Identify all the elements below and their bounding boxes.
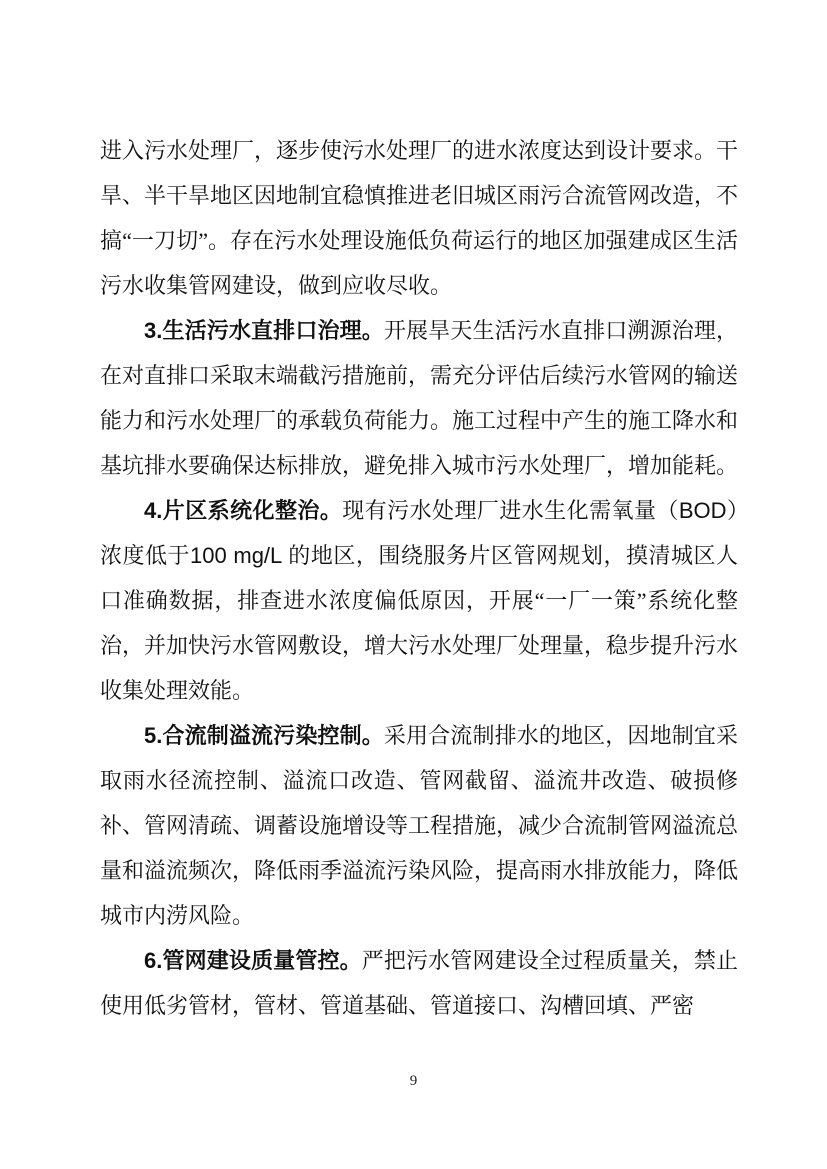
paragraph: 4.片区系统化整治。现有污水处理厂进水生化需氧量（BOD）浓度低于100 mg/… [100, 488, 738, 713]
paragraph-text: 现有污水处理厂进水生化需氧量（ [342, 498, 679, 523]
document-page: 进入污水处理厂，逐步使污水处理厂的进水浓度达到设计要求。干旱、半干旱地区因地制宜… [0, 0, 827, 1169]
paragraph-text: BOD [679, 498, 727, 523]
paragraph: 3.生活污水直排口治理。开展旱天生活污水直排口溯源治理，在对直排口采取末端截污措… [100, 308, 738, 488]
paragraph-heading: 4.片区系统化整治。 [144, 498, 342, 523]
paragraph-heading: 5.合流制溢流污染控制。 [144, 723, 384, 748]
paragraph-text: 100 mg/L [190, 543, 282, 568]
paragraph-text: 进入污水处理厂，逐步使污水处理厂的进水浓度达到设计要求。干旱、半干旱地区因地制宜… [100, 138, 738, 298]
document-body: 进入污水处理厂，逐步使污水处理厂的进水浓度达到设计要求。干旱、半干旱地区因地制宜… [100, 128, 738, 1028]
paragraph: 5.合流制溢流污染控制。采用合流制排水的地区，因地制宜采取雨水径流控制、溢流口改… [100, 713, 738, 938]
paragraph-text: 采用合流制排水的地区，因地制宜采取雨水径流控制、溢流口改造、管网截留、溢流井改造… [100, 723, 738, 928]
paragraph: 6.管网建设质量管控。严把污水管网建设全过程质量关，禁止使用低劣管材，管材、管道… [100, 938, 738, 1028]
page-footer: 9 [0, 1072, 827, 1090]
paragraph-heading: 3.生活污水直排口治理。 [144, 318, 384, 343]
page-number: 9 [410, 1073, 418, 1089]
paragraph-heading: 6.管网建设质量管控。 [144, 948, 362, 973]
paragraph: 进入污水处理厂，逐步使污水处理厂的进水浓度达到设计要求。干旱、半干旱地区因地制宜… [100, 128, 738, 308]
